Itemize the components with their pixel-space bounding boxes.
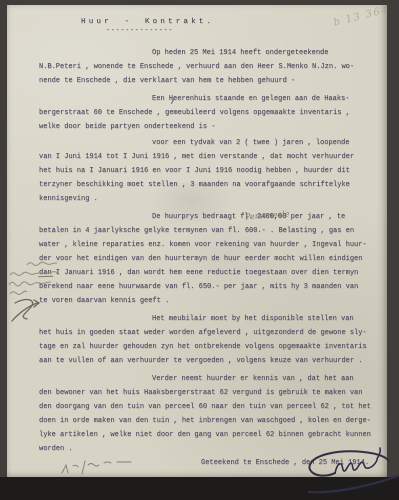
typed-line: welke door beide partyen onderteekend is… (7, 120, 387, 134)
typed-line: den bewoner van het huis Haaksbergerstra… (7, 386, 387, 400)
photo-background: Huur - Kontrakt. -------------- Op heden… (0, 0, 399, 500)
typed-line: Verder neemt huurder er kennis van , dat… (7, 372, 387, 386)
typed-line: het huis na I Januari 1916 en voor I Jun… (7, 164, 387, 178)
typed-line: Een Heerenhuis staande en gelegen aan de… (7, 92, 387, 106)
signature-handwriting (299, 445, 399, 497)
title-underline: -------------- (106, 27, 387, 36)
typed-line: bergerstraat 60 te Enschede , gemeubilee… (7, 106, 387, 120)
typed-line: den doorgang van den tuin van perceel 60… (7, 400, 387, 414)
typed-line: voor een tydvak van 2 ( twee ) jaren , l… (7, 136, 387, 150)
typed-line: Op heden 25 Mei 1914 heeft ondergeteeken… (7, 46, 387, 60)
typed-line: N.B.Peteri , wonende te Enschede , verhu… (7, 60, 387, 74)
typed-line: nende te Enschede , die verklaart van he… (7, 74, 387, 88)
typed-line: het huis in goeden staat weder worden af… (7, 326, 387, 340)
typed-line: betalen in 4 jaarlyksche gelyke termynen… (7, 224, 387, 238)
typed-line: van I Juni 1914 tot I Juni 1916 , met di… (7, 150, 387, 164)
typed-line: lyke artikelen , welke niet door den gan… (7, 428, 387, 442)
typed-line: aan te vullen of aan verhuurder te vergo… (7, 354, 387, 368)
bottom-left-pencil-note (57, 460, 147, 480)
typed-line: kennisgeving . (7, 192, 387, 206)
typed-line: terzyner beschikking moet stellen , 3 ma… (7, 178, 387, 192)
typed-line: De huurprys bedraagt fl. 2400,00 per jaa… (7, 210, 387, 224)
typed-line: tage en zal huurder gehouden zyn het ont… (7, 340, 387, 354)
typed-line: water , kleine reparaties enz. komen voo… (7, 238, 387, 252)
margin-handwriting-note (7, 253, 67, 325)
contract-page: Huur - Kontrakt. -------------- Op heden… (7, 5, 387, 477)
typed-line: doen in orde maken van den tuin , het in… (7, 414, 387, 428)
